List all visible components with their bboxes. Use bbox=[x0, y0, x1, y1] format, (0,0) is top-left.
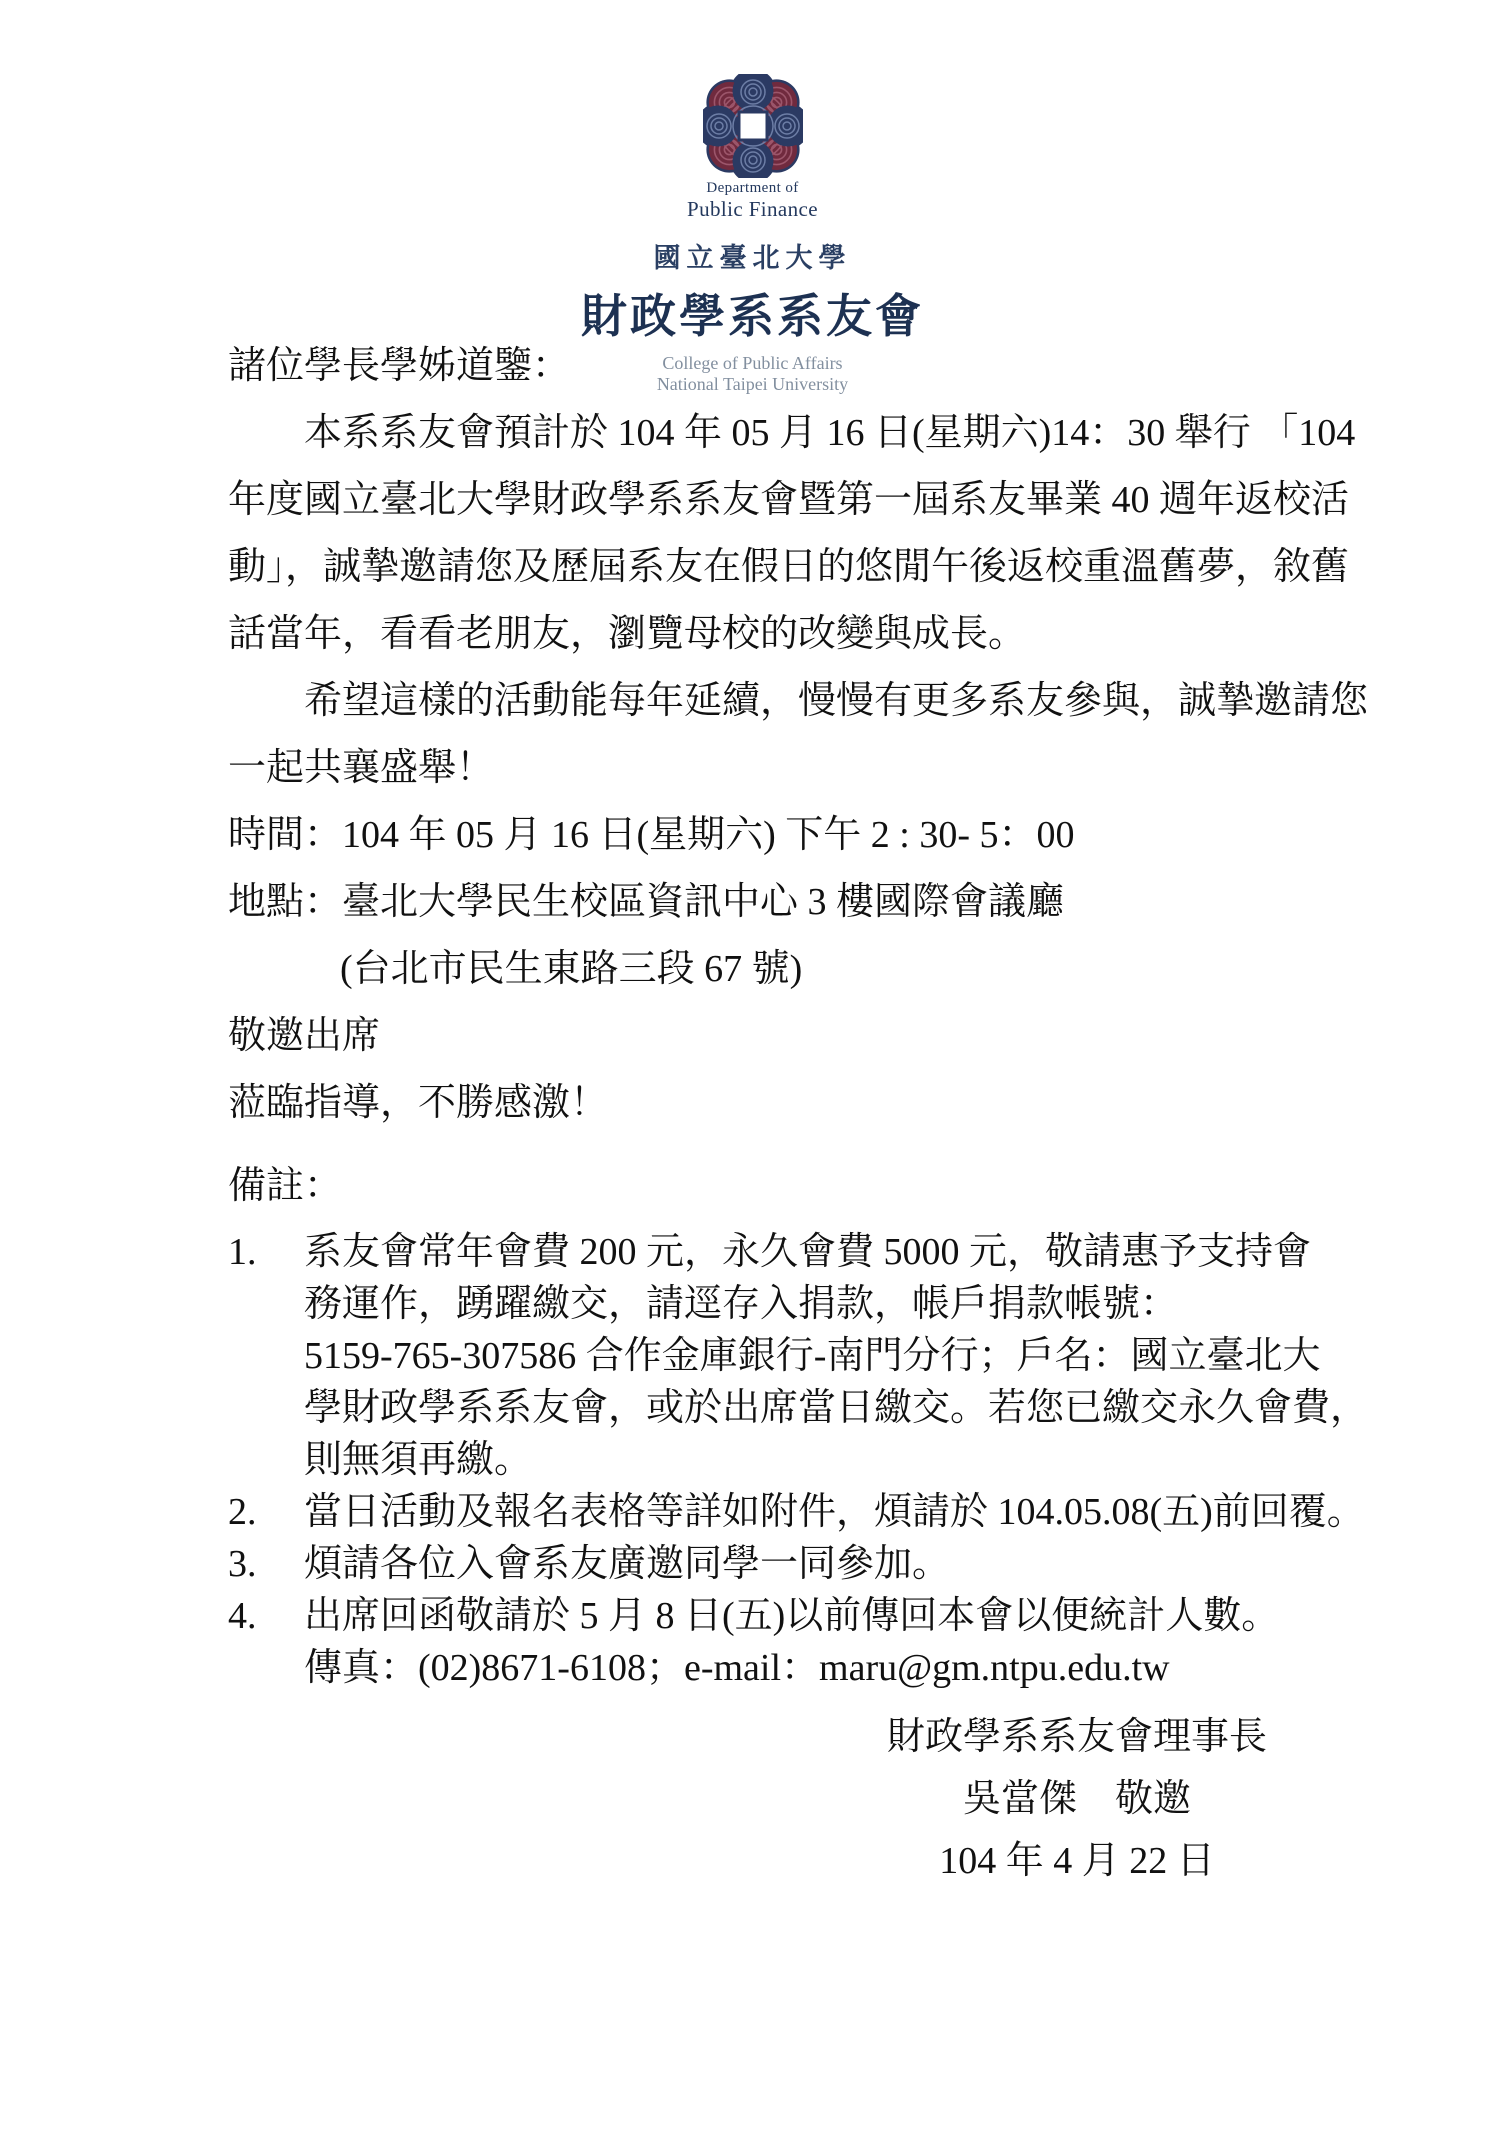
note-item-1: 1. 系友會常年會費 200 元，永久會費 5000 元，敬請惠予支持會 務運作… bbox=[228, 1226, 1355, 1486]
paragraph2-line1: 希望這樣的活動能每年延續，慢慢有更多系友參與，誠摯邀請您 bbox=[228, 668, 1355, 735]
note3-line1: 煩請各位入會系友廣邀同學一同參加。 bbox=[304, 1538, 1355, 1590]
salutation: 諸位學長學姊道鑒： bbox=[228, 333, 1355, 400]
paragraph1-line1: 本系系友會預計於 104 年 05 月 16 日(星期六)14：30 舉行 「1… bbox=[228, 400, 1355, 467]
note1-line2: 務運作，踴躍繳交，請逕存入捐款，帳戶捐款帳號： bbox=[304, 1278, 1368, 1330]
signer-name: 吳當傑 敬邀 bbox=[827, 1768, 1327, 1830]
letter-body: 諸位學長學姊道鑒： 本系系友會預計於 104 年 05 月 16 日(星期六)1… bbox=[228, 333, 1355, 1892]
invite-line1: 敬邀出席 bbox=[228, 1003, 1355, 1070]
paragraph2-line2: 一起共襄盛舉！ bbox=[228, 735, 1355, 802]
note-number: 4. bbox=[228, 1590, 304, 1642]
note1-line5: 則無須再繳。 bbox=[304, 1434, 1368, 1486]
note1-line4: 學財政學系系友會，或於出席當日繳交。若您已繳交永久會費， bbox=[304, 1382, 1368, 1434]
note-item-4: 4. 出席回函敬請於 5 月 8 日(五)以前傳回本會以便統計人數。 傳真：(0… bbox=[228, 1590, 1355, 1694]
note-item-3: 3. 煩請各位入會系友廣邀同學一同參加。 bbox=[228, 1538, 1355, 1590]
signer-title: 財政學系系友會理事長 bbox=[827, 1706, 1327, 1768]
letter-date: 104 年 4 月 22 日 bbox=[827, 1830, 1327, 1892]
note1-line1: 系友會常年會費 200 元，永久會費 5000 元，敬請惠予支持會 bbox=[304, 1226, 1368, 1278]
invite-line2: 蒞臨指導，不勝感激！ bbox=[228, 1070, 1355, 1137]
public-finance-emblem-icon bbox=[703, 74, 803, 178]
paragraph1-line2: 年度國立臺北大學財政學系系友會暨第一屆系友畢業 40 週年返校活 bbox=[228, 467, 1355, 534]
signature-block: 財政學系系友會理事長 吳當傑 敬邀 104 年 4 月 22 日 bbox=[827, 1706, 1327, 1892]
note2-line1: 當日活動及報名表格等詳如附件，煩請於 104.05.08(五)前回覆。 bbox=[304, 1486, 1365, 1538]
place-line: 地點：臺北大學民生校區資訊中心 3 樓國際會議廳 bbox=[228, 869, 1355, 936]
paragraph1-line4: 話當年，看看老朋友，瀏覽母校的改變與成長。 bbox=[228, 601, 1355, 668]
notes-title: 備註： bbox=[228, 1153, 1355, 1220]
note-number: 2. bbox=[228, 1486, 304, 1538]
address-line: (台北市民生東路三段 67 號) bbox=[228, 936, 1355, 1003]
note1-line3: 5159-765-307586 合作金庫銀行-南門分行；戶名：國立臺北大 bbox=[304, 1330, 1368, 1382]
notes-list: 1. 系友會常年會費 200 元，永久會費 5000 元，敬請惠予支持會 務運作… bbox=[228, 1226, 1355, 1694]
note-item-2: 2. 當日活動及報名表格等詳如附件，煩請於 104.05.08(五)前回覆。 bbox=[228, 1486, 1355, 1538]
note4-line2-fax-email: 傳真：(02)8671-6108；e-mail：maru@gm.ntpu.edu… bbox=[304, 1642, 1355, 1694]
dept-name-en-line1: Department of bbox=[0, 180, 1505, 197]
note-number: 1. bbox=[228, 1226, 304, 1278]
time-line: 時間：104 年 05 月 16 日(星期六) 下午 2 : 30- 5：00 bbox=[228, 802, 1355, 869]
letter-page: Department of Public Finance 國立臺北大學 財政學系… bbox=[0, 0, 1505, 2129]
paragraph1-line3: 動」，誠摯邀請您及歷屆系友在假日的悠閒午後返校重溫舊夢，敘舊 bbox=[228, 534, 1355, 601]
dept-name-en-line2: Public Finance bbox=[0, 197, 1505, 222]
university-name-cn: 國立臺北大學 bbox=[0, 236, 1505, 275]
note-number: 3. bbox=[228, 1538, 304, 1590]
note4-line1: 出席回函敬請於 5 月 8 日(五)以前傳回本會以便統計人數。 bbox=[304, 1590, 1355, 1642]
